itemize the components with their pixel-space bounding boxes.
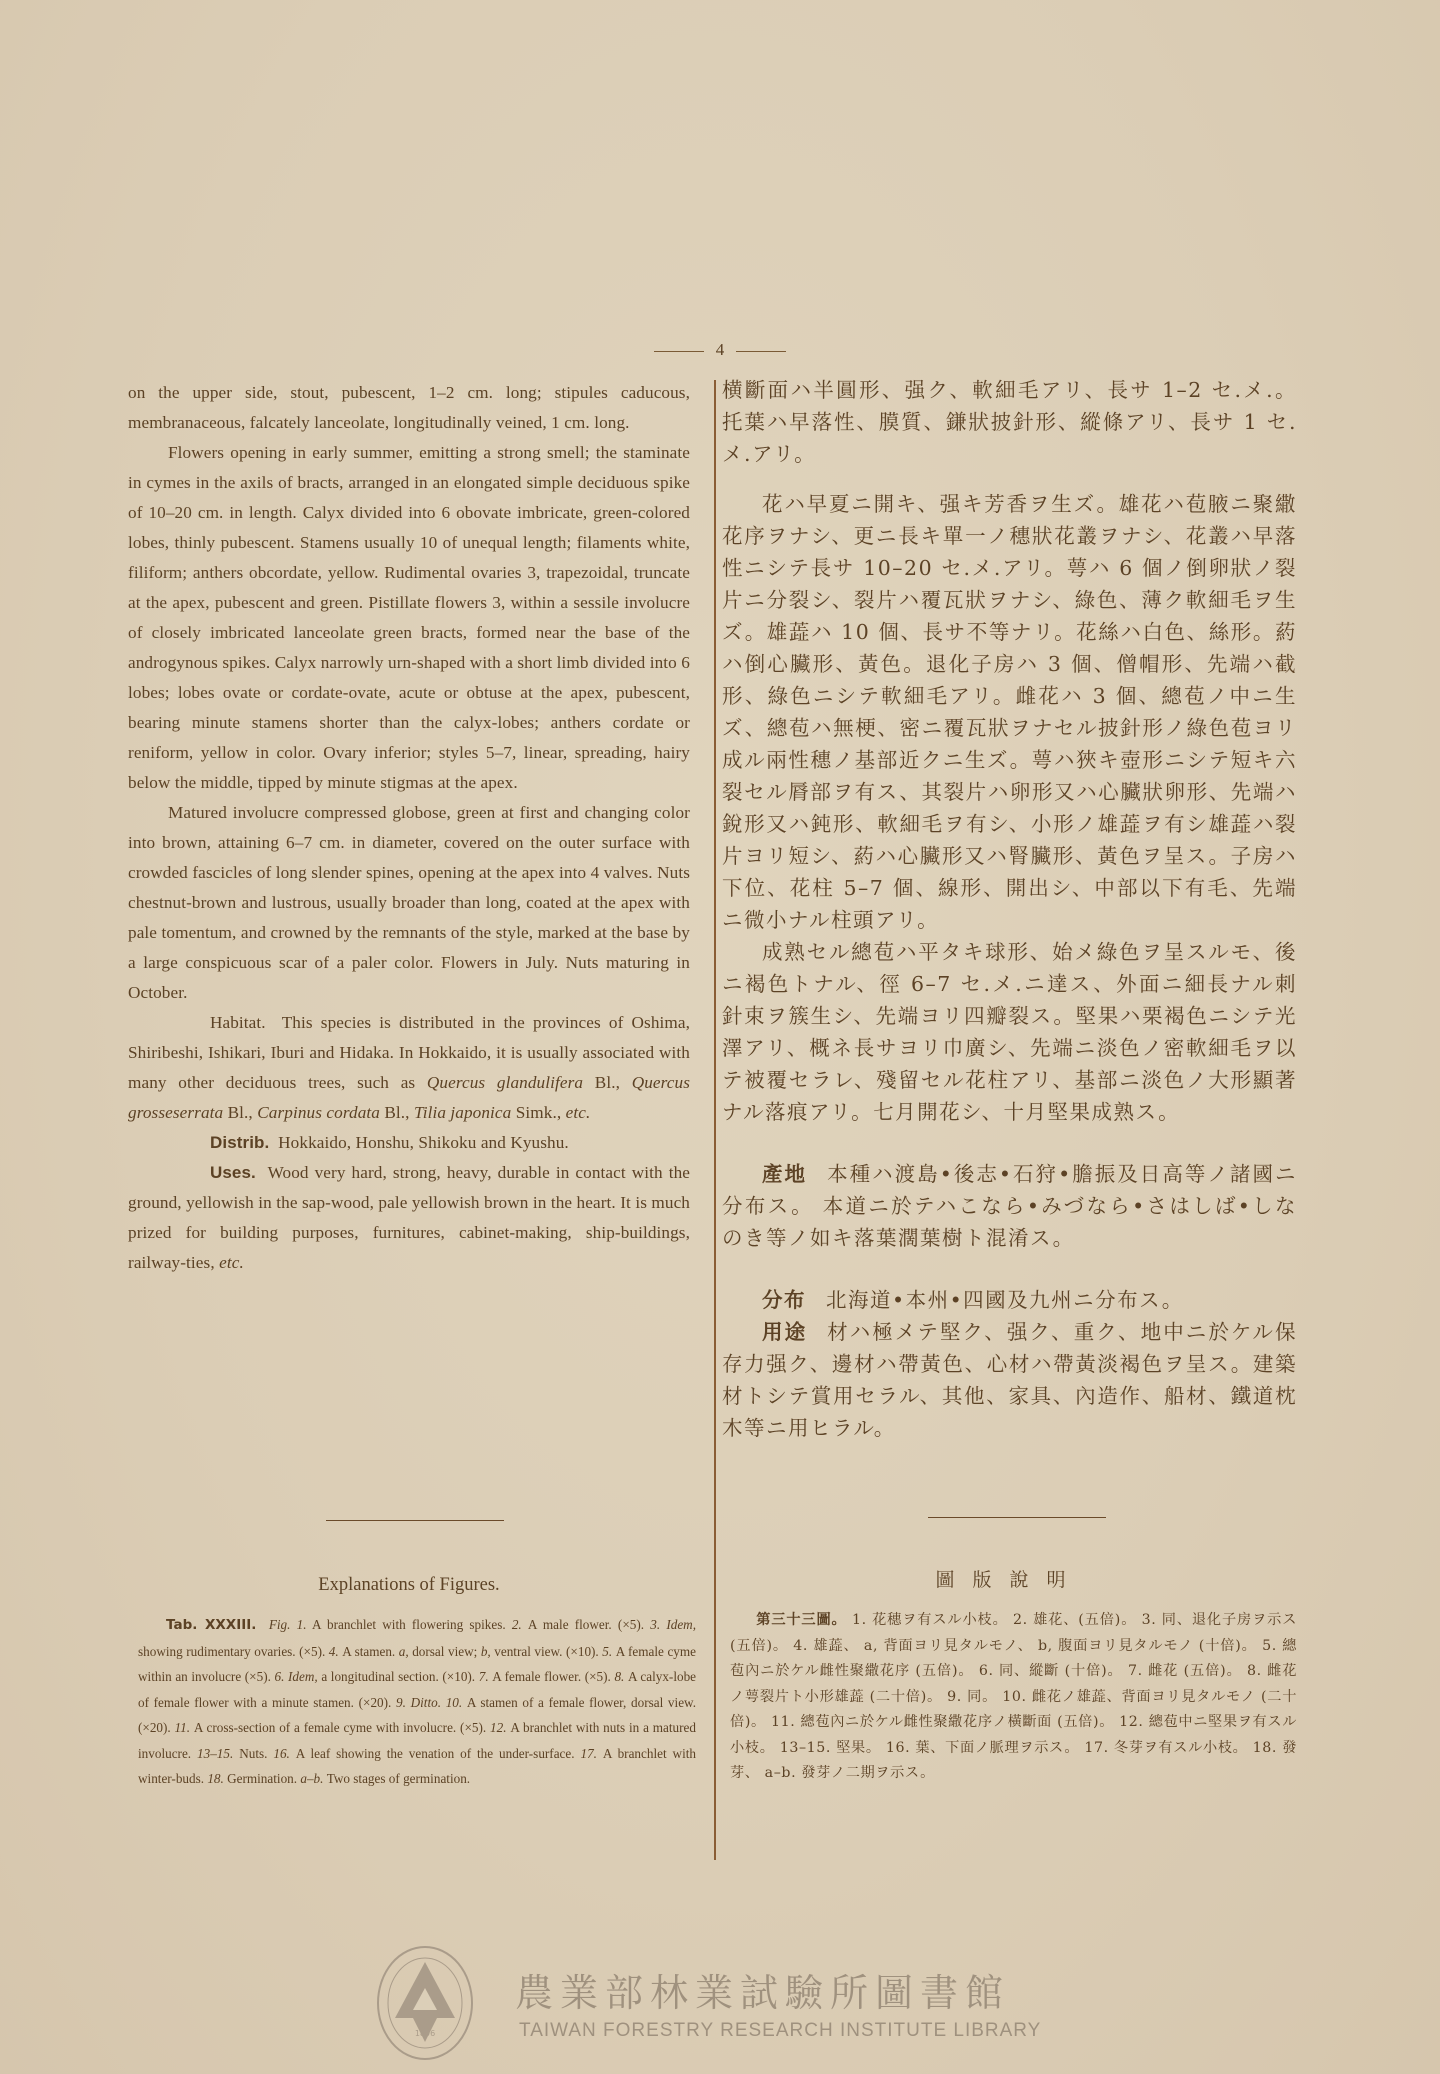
species-author: Bl., <box>223 1103 257 1122</box>
english-paragraph-fruit: Matured involucre compressed globose, gr… <box>128 798 690 1008</box>
library-watermark: 1896 農業部林業試驗所圖書館 TAIWAN FORESTRY RESEARC… <box>375 1944 1075 2064</box>
japanese-distrib: 分布北海道•本州•四國及九州ニ分布ス。 <box>722 1284 1297 1316</box>
figure-item: 4. A stamen. a, dorsal view; b, ventral … <box>329 1644 602 1659</box>
etc-text: etc. <box>219 1253 244 1272</box>
english-paragraph-leaf: on the upper side, stout, pubescent, 1–2… <box>128 378 690 438</box>
english-column: on the upper side, stout, pubescent, 1–2… <box>128 378 690 1278</box>
habitat-text-jp: 本種ハ渡島•後志•石狩•膽振及日高等ノ諸國ニ分布ス。 本道ニ於テハこなら•みづな… <box>722 1162 1297 1250</box>
figure-item: 7. A female flower. (×5). <box>479 1669 615 1684</box>
page-number-rule-right <box>736 351 786 352</box>
english-uses: Uses. Wood very hard, strong, heavy, dur… <box>128 1158 690 1278</box>
japanese-column: 横斷面ハ半圓形、强ク、軟細毛アリ、長サ 1–2 セ.メ.。托葉ハ早落性、膜質、鎌… <box>722 374 1297 1444</box>
species-author: Bl., <box>583 1073 632 1092</box>
species-author: Bl., <box>380 1103 414 1122</box>
institute-seal-icon: 1896 <box>375 1944 475 2062</box>
figures-title-japanese: 圖版說明 <box>722 1565 1297 1592</box>
uses-label-jp: 用途 <box>762 1320 807 1344</box>
column-divider <box>714 380 716 1860</box>
figures-title-english: Explanations of Figures. <box>128 1575 690 1596</box>
japanese-paragraph-leaf: 横斷面ハ半圓形、强ク、軟細毛アリ、長サ 1–2 セ.メ.。托葉ハ早落性、膜質、鎌… <box>722 374 1297 470</box>
plate-label-jp: 第三十三圖。 <box>756 1612 847 1628</box>
english-distrib: Distrib. Hokkaido, Honshu, Shikoku and K… <box>128 1128 690 1158</box>
distrib-text: Hokkaido, Honshu, Shikoku and Kyushu. <box>278 1133 569 1152</box>
distrib-label-jp: 分布 <box>762 1288 806 1312</box>
figure-item: 16. A leaf showing the venation of the u… <box>273 1746 580 1761</box>
japanese-uses: 用途材ハ極メテ堅ク、强ク、重ク、地中ニ於ケル保存力强ク、邊材ハ帶黃色、心材ハ帶黃… <box>722 1316 1297 1444</box>
page-number: 4 <box>630 340 810 360</box>
figure-items-jp: 1. 花穗ヲ有スル小枝。 2. 雄花、(五倍)。 3. 同、退化子房ヲ示ス (五… <box>730 1612 1297 1781</box>
plate-label: Tab. XXXIII. <box>166 1617 256 1633</box>
figure-item: 9. Ditto. <box>396 1695 446 1710</box>
figure-item: A branchlet with flowering spikes. <box>312 1617 512 1632</box>
svg-text:1896: 1896 <box>415 2029 435 2038</box>
species-author: Simk., <box>511 1103 565 1122</box>
figure-items: A branchlet with flowering spikes. 2. A … <box>138 1617 696 1786</box>
section-rule-english <box>326 1520 504 1521</box>
fig-label: Fig. 1. <box>269 1617 307 1632</box>
library-name-english: TAIWAN FORESTRY RESEARCH INSTITUTE LIBRA… <box>519 2020 1041 2042</box>
page-number-text: 4 <box>716 340 725 359</box>
japanese-habitat: 產地本種ハ渡島•後志•石狩•膽振及日高等ノ諸國ニ分布ス。 本道ニ於テハこなら•み… <box>722 1158 1297 1254</box>
distrib-label: Distrib. <box>210 1133 269 1152</box>
species-name: Quercus glandulifera <box>427 1073 583 1092</box>
uses-label: Uses. <box>210 1163 256 1182</box>
habitat-label-jp: 產地 <box>762 1162 807 1186</box>
distrib-text-jp: 北海道•本州•四國及九州ニ分布ス。 <box>826 1288 1184 1312</box>
page-number-rule-left <box>654 351 704 352</box>
etc-text: etc. <box>566 1103 591 1122</box>
species-name: Carpinus cordata <box>257 1103 380 1122</box>
library-name-chinese: 農業部林業試驗所圖書館 <box>515 1962 1010 2017</box>
figure-item: 2. A male flower. (×5). <box>512 1617 650 1632</box>
figure-item: 11. A cross-section of a female cyme wit… <box>175 1720 490 1735</box>
habitat-label: Habitat. <box>210 1013 266 1032</box>
section-rule-japanese <box>928 1517 1106 1518</box>
english-paragraph-flowers: Flowers opening in early summer, emittin… <box>128 438 690 798</box>
uses-text-jp: 材ハ極メテ堅ク、强ク、重ク、地中ニ於ケル保存力强ク、邊材ハ帶黃色、心材ハ帶黃淡褐… <box>722 1320 1297 1440</box>
figure-item: 18. Germination. a–b. Two stages of germ… <box>207 1771 470 1786</box>
figure-item: 6. Idem, a longitudinal section. (×10). <box>275 1669 479 1684</box>
japanese-paragraph-fruit: 成熟セル總苞ハ平タキ球形、始メ綠色ヲ呈スルモ、後ニ褐色トナル、徑 6–7 セ.メ… <box>722 936 1297 1128</box>
japanese-paragraph-flowers: 花ハ早夏ニ開キ、强キ芳香ヲ生ズ。雄花ハ苞腋ニ聚繖花序ヲナシ、更ニ長キ單一ノ穗狀花… <box>722 488 1297 936</box>
figures-body-japanese: 第三十三圖。 1. 花穗ヲ有スル小枝。 2. 雄花、(五倍)。 3. 同、退化子… <box>730 1608 1297 1787</box>
species-name: Tilia japonica <box>414 1103 511 1122</box>
english-habitat: Habitat. This species is distributed in … <box>128 1008 690 1128</box>
figure-item: 13–15. Nuts. <box>197 1746 273 1761</box>
figures-body-english: Tab. XXXIII. Fig. 1. A branchlet with fl… <box>138 1612 696 1792</box>
